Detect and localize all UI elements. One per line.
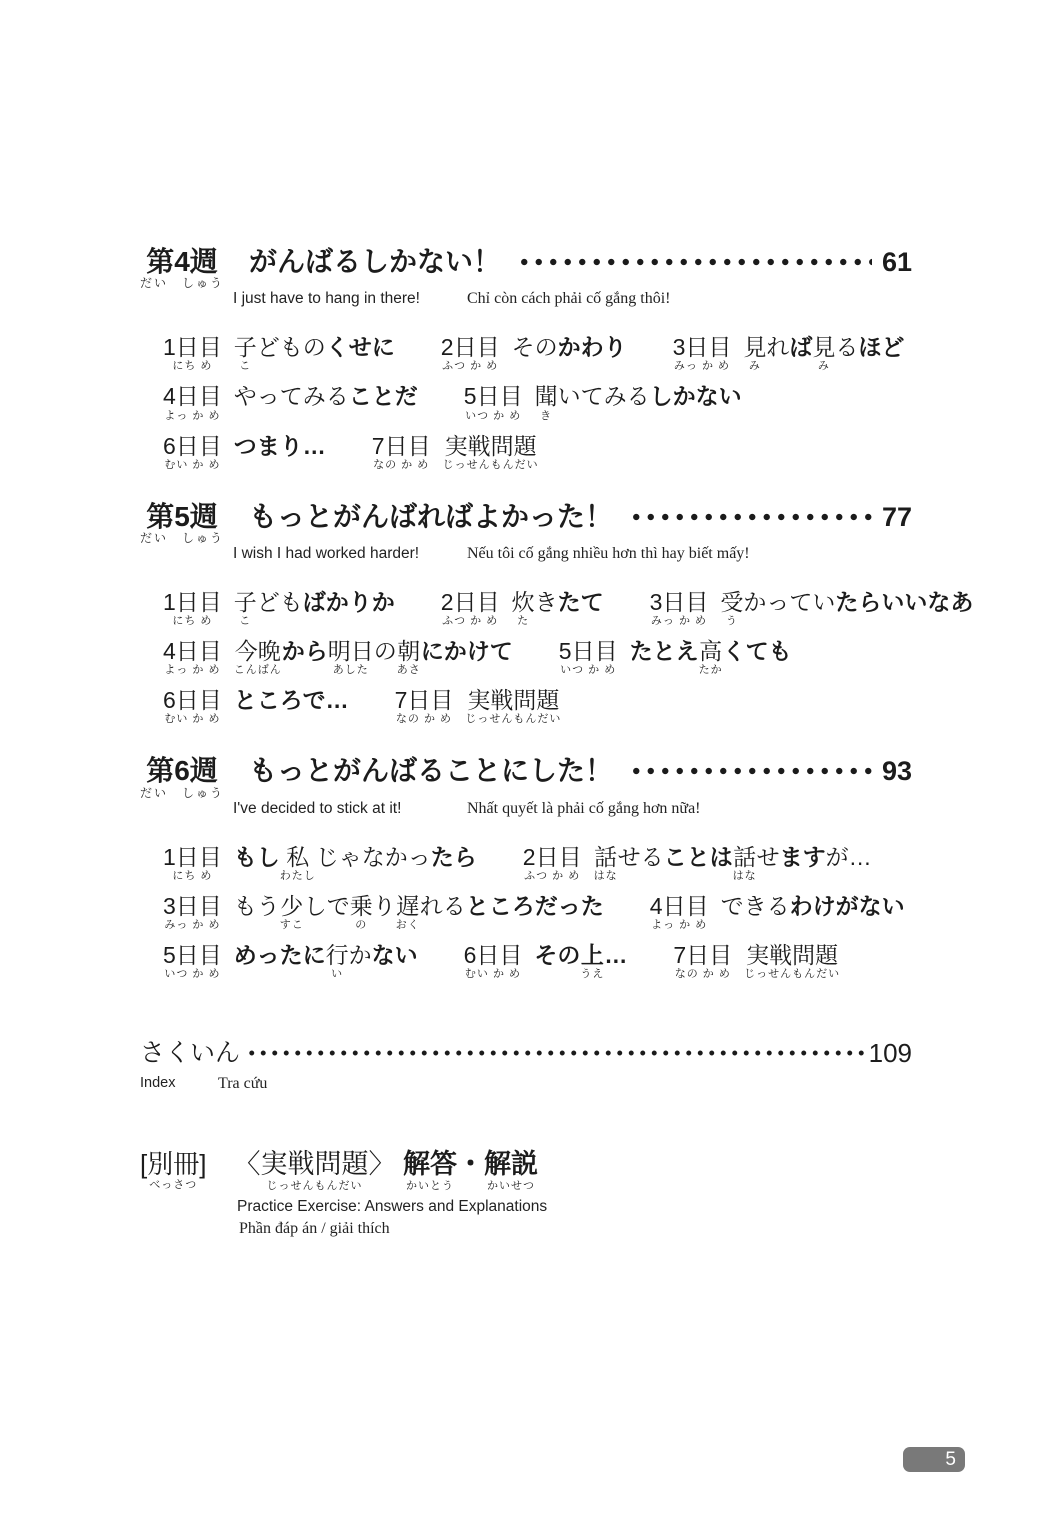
week-translations: I just have to hang in there!Chỉ còn các… xyxy=(233,290,912,308)
furigana: たか xyxy=(699,665,723,678)
base-text: どもの xyxy=(257,334,326,361)
base-text: 4日目 xyxy=(650,893,709,920)
furigana: だい しゅう xyxy=(140,787,224,800)
week-heading-row: 第6週だい しゅうもっとがんばることにした！93 xyxy=(140,755,912,799)
text-with-ruby: の xyxy=(374,638,397,665)
furigana: なの か め xyxy=(396,714,452,727)
text-with-ruby: 見み xyxy=(812,334,835,374)
grammar-point-text: ほど xyxy=(858,334,904,361)
base-text: やってみる xyxy=(234,383,349,410)
dot-leader xyxy=(244,1038,865,1068)
grammar-point-text: ない xyxy=(372,942,418,969)
base-text: 遅 xyxy=(396,893,419,920)
text-with-ruby: くても xyxy=(723,638,792,665)
appendix-entry: [別冊]べっさつ 〈実戦問題〉じっせんもんだい 解答かいとう・解説かいせつ Pr… xyxy=(140,1149,912,1238)
furigana: う xyxy=(726,616,738,629)
day-label: 2日目ふつ か め xyxy=(441,589,500,629)
grammar-point-text: しかない xyxy=(650,383,742,410)
text-with-ruby: ます xyxy=(780,844,826,871)
text-with-ruby: 明日あした xyxy=(328,638,374,678)
day-item: 3日目みっ か め見みれば見みるほど xyxy=(673,334,905,374)
text-with-ruby: 私わたし xyxy=(280,844,316,884)
week-heading-row: 第4週だい しゅうがんばるしかない！61 xyxy=(140,246,912,290)
text-with-ruby: ことだ xyxy=(349,383,418,410)
furigana: みっ か め xyxy=(674,361,730,374)
text-with-ruby: やってみる xyxy=(234,383,349,410)
index-translations: Index Tra cứu xyxy=(140,1075,912,1093)
day-label: 1日目にち め xyxy=(163,844,222,884)
furigana: ふつ か め xyxy=(524,871,580,884)
day-item: 5日目いつ か めたとえ高たかくても xyxy=(559,638,792,678)
furigana: た xyxy=(517,616,529,629)
base-text: れる xyxy=(420,893,466,920)
text-with-ruby: せ xyxy=(757,844,780,871)
text-with-ruby: れ xyxy=(766,334,789,361)
text-with-ruby: 乗の xyxy=(350,893,373,933)
text-with-ruby: じゃなかっ xyxy=(316,844,431,871)
base-text: 第6週 xyxy=(146,755,218,786)
grammar-point-text: ことは xyxy=(664,844,733,871)
text-with-ruby: もし xyxy=(234,844,280,871)
furigana: いつ か め xyxy=(465,411,521,424)
grammar-point-text: から xyxy=(282,638,328,665)
week-title: がんばるしかない！ xyxy=(249,246,501,277)
grammar-point-text: くても xyxy=(723,638,792,665)
day-rows: 1日目にち め子こどもばかりか2日目ふつ か め炊たきたて3日目みっ か め受う… xyxy=(163,589,912,727)
appendix-translation-vi: Phần đáp án / giải thích xyxy=(239,1220,912,1238)
text-with-ruby: 受う xyxy=(720,589,743,629)
text-with-ruby: 上うえ xyxy=(580,942,604,982)
base-text: 少 xyxy=(280,893,303,920)
text-with-ruby: ば xyxy=(789,334,812,361)
grammar-point-text: その xyxy=(534,942,580,969)
day-label: 7日目なの か め xyxy=(372,433,431,473)
text-with-ruby: もう xyxy=(234,893,280,920)
day-item: 4日目よっ か め今晩こんばんから明日あしたの朝あさにかけて xyxy=(163,638,513,678)
base-text: もう xyxy=(234,893,280,920)
day-label: 3日目みっ か め xyxy=(650,589,709,629)
dot-leader xyxy=(625,755,872,787)
text-with-ruby: ほど xyxy=(858,334,904,361)
text-with-ruby: 見み xyxy=(743,334,766,374)
base-text: 〈実戦問題〉 xyxy=(233,1149,395,1181)
text-with-ruby: ところで… xyxy=(234,687,349,714)
grammar-point-text: わけがない xyxy=(790,893,905,920)
grammar-point-text: ところで… xyxy=(234,687,349,714)
base-text: 5日目 xyxy=(163,942,222,969)
furigana: じっせんもんだい xyxy=(465,714,561,727)
grammar-point-text: にかけて xyxy=(421,638,513,665)
day-row: 5日目いつ か めめったに行いかない6日目むい か めその上うえ…7日目なの か… xyxy=(163,942,912,982)
base-text: 5日目 xyxy=(464,383,523,410)
day-row: 6日目むい か めところで…7日目なの か め実戦問題じっせんもんだい xyxy=(163,687,912,727)
text-with-ruby: 少すこ xyxy=(280,893,304,933)
appendix-volume-label-text: [別冊]べっさつ xyxy=(140,1149,206,1193)
base-text: せ xyxy=(757,844,780,871)
week-translation-vi: Nếu tôi cố gắng nhiều hơn thì hay biết m… xyxy=(467,545,750,563)
text-with-ruby: 実戦問題じっせんもんだい xyxy=(443,433,539,473)
page-number-tab: 5 xyxy=(903,1447,965,1472)
day-item: 2日目ふつ か めそのかわり xyxy=(441,334,627,374)
text-with-ruby: せる xyxy=(618,844,664,871)
base-text: 私 xyxy=(286,844,309,871)
text-with-ruby: 実戦問題じっせんもんだい xyxy=(744,942,840,982)
day-item: 1日目にち め子こどもばかりか xyxy=(163,589,395,629)
furigana: かいせつ xyxy=(487,1181,535,1194)
week-heading-row: 第5週だい しゅうもっとがんばればよかった！77 xyxy=(140,501,912,545)
base-text: 朝 xyxy=(397,638,420,665)
day-item: 4日目よっ か めできるわけがない xyxy=(650,893,905,933)
furigana: わたし xyxy=(280,871,316,884)
week-label: 第4週だい しゅう xyxy=(140,246,224,290)
index-entry: さくいん 109 Index Tra cứu xyxy=(140,1038,912,1093)
day-label: 6日目むい か め xyxy=(163,687,222,727)
text-with-ruby: 今晩こんばん xyxy=(234,638,282,678)
appendix-title: 〈実戦問題〉じっせんもんだい 解答かいとう・解説かいせつ xyxy=(233,1149,538,1194)
base-text: 3日目 xyxy=(163,893,222,920)
text-with-ruby: めったに xyxy=(234,942,326,969)
text-with-ruby: 子こ xyxy=(234,589,257,629)
base-text: 聞 xyxy=(535,383,558,410)
dot-leader xyxy=(625,501,872,533)
text-with-ruby: できる xyxy=(721,893,790,920)
text-with-ruby xyxy=(395,1149,403,1181)
base-text: 行 xyxy=(326,942,349,969)
text-with-ruby: その xyxy=(534,942,580,969)
day-label: 7日目なの か め xyxy=(395,687,454,727)
grammar-point-text: ば xyxy=(789,334,812,361)
week-translation-vi: Nhất quyết là phải cố gắng hơn nữa! xyxy=(467,800,701,818)
base-text: 乗 xyxy=(350,893,373,920)
furigana: だい しゅう xyxy=(140,277,224,290)
base-text: 7日目 xyxy=(372,433,431,460)
furigana: じっせんもんだい xyxy=(443,460,539,473)
base-text: じゃなかっ xyxy=(316,844,431,871)
text-with-ruby: いてみる xyxy=(558,383,650,410)
index-entry-row: さくいん 109 xyxy=(140,1038,912,1069)
furigana: こ xyxy=(239,361,251,374)
day-row: 1日目にち め子こどもばかりか2日目ふつ か め炊たきたて3日目みっ か め受う… xyxy=(163,589,912,629)
furigana: みっ か め xyxy=(164,920,220,933)
base-text: か xyxy=(349,942,372,969)
toc-page-content: 第4週だい しゅうがんばるしかない！61I just have to hang … xyxy=(140,246,912,1238)
week-label: 第5週だい しゅう xyxy=(140,501,224,545)
grammar-point-text: ところだった xyxy=(466,893,604,920)
week-translation-en: I wish I had worked harder! xyxy=(233,545,467,563)
text-with-ruby: れる xyxy=(420,893,466,920)
base-text: 今晩 xyxy=(235,638,281,665)
index-page-number: 109 xyxy=(869,1038,912,1069)
base-text: 7日目 xyxy=(673,942,732,969)
furigana: にち め xyxy=(172,871,212,884)
base-text: 6日目 xyxy=(464,942,523,969)
week-title: もっとがんばればよかった！ xyxy=(249,501,613,532)
text-with-ruby: ところだった xyxy=(466,893,604,920)
text-with-ruby: 解説かいせつ xyxy=(484,1149,538,1194)
appendix-title-row: [別冊]べっさつ 〈実戦問題〉じっせんもんだい 解答かいとう・解説かいせつ xyxy=(140,1149,912,1194)
week-page-number: 93 xyxy=(882,755,912,787)
grammar-point-text: つまり… xyxy=(234,433,326,460)
base-text xyxy=(395,1149,403,1181)
dot-leader xyxy=(513,246,872,278)
furigana: はな xyxy=(733,871,757,884)
grammar-point-text: くせに xyxy=(326,334,395,361)
furigana: こ xyxy=(239,616,251,629)
furigana: いつ か め xyxy=(560,665,616,678)
day-item: 2日目ふつ か め話はなせることは話はなせますが… xyxy=(523,844,872,884)
day-rows: 1日目にち めもし私わたしじゃなかったら2日目ふつ か め話はなせることは話はな… xyxy=(163,844,912,982)
furigana: いつ か め xyxy=(164,969,220,982)
furigana: うえ xyxy=(580,969,604,982)
text-with-ruby: 高たか xyxy=(699,638,723,678)
base-text: 第5週 xyxy=(146,501,218,532)
base-text: 実戦問題 xyxy=(746,942,838,969)
day-label: 7日目なの か め xyxy=(673,942,732,982)
text-with-ruby: たとえ xyxy=(630,638,699,665)
week-section-5: 第5週だい しゅうもっとがんばればよかった！77I wish I had wor… xyxy=(140,501,912,728)
week-translation-vi: Chỉ còn cách phải cố gắng thôi! xyxy=(467,290,671,308)
week-translations: I've decided to stick at it!Nhất quyết l… xyxy=(233,800,912,818)
grammar-point-text: 解答 xyxy=(403,1149,457,1181)
week-page-number: 77 xyxy=(882,501,912,533)
base-text: 2日目 xyxy=(523,844,582,871)
furigana: み xyxy=(749,361,761,374)
day-item: 2日目ふつ か め炊たきたて xyxy=(441,589,604,629)
grammar-point-text: たとえ xyxy=(630,638,699,665)
furigana: だい しゅう xyxy=(140,532,224,545)
day-item: 5日目いつ か め聞きいてみるしかない xyxy=(464,383,742,423)
text-with-ruby: る xyxy=(835,334,858,361)
base-text: [別冊] xyxy=(140,1149,206,1180)
day-label: 1日目にち め xyxy=(163,334,222,374)
grammar-point-text: … xyxy=(604,942,627,969)
index-translation-vi: Tra cứu xyxy=(218,1075,267,1093)
furigana: おく xyxy=(396,920,420,933)
text-with-ruby: かってい xyxy=(743,589,835,616)
text-with-ruby: き xyxy=(535,589,558,616)
day-row: 4日目よっ か め今晩こんばんから明日あしたの朝あさにかけて5日目いつ か めた… xyxy=(163,638,912,678)
day-label: 3日目みっ か め xyxy=(163,893,222,933)
furigana: じっせんもんだい xyxy=(266,1181,362,1194)
base-text: 4日目 xyxy=(163,383,222,410)
grammar-point-text: ・ xyxy=(457,1149,484,1181)
base-text: ども xyxy=(257,589,303,616)
grammar-point-text: ます xyxy=(780,844,826,871)
base-text: 1日目 xyxy=(163,589,222,616)
text-with-ruby: 聞き xyxy=(535,383,558,423)
text-with-ruby: しかない xyxy=(650,383,742,410)
text-with-ruby: にかけて xyxy=(421,638,513,665)
text-with-ruby: 話はな xyxy=(733,844,757,884)
day-row: 4日目よっ か めやってみることだ5日目いつ か め聞きいてみるしかない xyxy=(163,383,912,423)
text-with-ruby: 話はな xyxy=(594,844,618,884)
text-with-ruby: ない xyxy=(372,942,418,969)
base-text: 子 xyxy=(234,589,257,616)
furigana: み xyxy=(818,361,830,374)
day-label: 1日目にち め xyxy=(163,589,222,629)
day-label: 5日目いつ か め xyxy=(464,383,523,423)
day-item: 1日目にち め子こどものくせに xyxy=(163,334,395,374)
furigana: はな xyxy=(594,871,618,884)
base-text: 5日目 xyxy=(559,638,618,665)
text-with-ruby: ばかりか xyxy=(303,589,395,616)
day-item: 6日目むい か めところで… xyxy=(163,687,349,727)
text-with-ruby: 子こ xyxy=(234,334,257,374)
base-text: せる xyxy=(618,844,664,871)
day-item: 7日目なの か め実戦問題じっせんもんだい xyxy=(372,433,539,473)
text-with-ruby: ・ xyxy=(457,1149,484,1181)
day-item: 6日目むい か めその上うえ… xyxy=(464,942,628,982)
base-text: れ xyxy=(766,334,789,361)
grammar-point-text: ことだ xyxy=(349,383,418,410)
base-text: 話 xyxy=(733,844,756,871)
furigana: い xyxy=(331,969,343,982)
week-translation-en: I've decided to stick at it! xyxy=(233,800,467,818)
day-label: 5日目いつ か め xyxy=(559,638,618,678)
grammar-point-text: たら xyxy=(431,844,477,871)
furigana: き xyxy=(540,411,552,424)
text-with-ruby: 行い xyxy=(326,942,349,982)
text-with-ruby: つまり… xyxy=(234,433,326,460)
week-label: 第6週だい しゅう xyxy=(140,755,224,799)
furigana: よっ か め xyxy=(651,920,707,933)
day-label: 6日目むい か め xyxy=(163,433,222,473)
grammar-point-text: もし xyxy=(234,844,280,871)
base-text: しで xyxy=(304,893,350,920)
day-label: 4日目よっ か め xyxy=(163,638,222,678)
base-text: 実戦問題 xyxy=(445,433,537,460)
index-title: さくいん xyxy=(140,1038,240,1068)
day-item: 5日目いつ か めめったに行いかない xyxy=(163,942,418,982)
day-label: 2日目ふつ か め xyxy=(523,844,582,884)
text-with-ruby: ことは xyxy=(664,844,733,871)
grammar-point-text: 解説 xyxy=(484,1149,538,1181)
furigana: ふつ か め xyxy=(442,616,498,629)
text-with-ruby: 遅おく xyxy=(396,893,420,933)
text-with-ruby: わけがない xyxy=(790,893,905,920)
week-section-4: 第4週だい しゅうがんばるしかない！61I just have to hang … xyxy=(140,246,912,473)
base-text: 3日目 xyxy=(673,334,732,361)
base-text: その xyxy=(512,334,558,361)
furigana: の xyxy=(355,920,367,933)
text-with-ruby: どもの xyxy=(257,334,326,361)
day-label: 4日目よっ か め xyxy=(163,383,222,423)
text-with-ruby: が… xyxy=(826,844,872,871)
base-text: 明日 xyxy=(328,638,374,665)
day-row: 6日目むい か めつまり…7日目なの か め実戦問題じっせんもんだい xyxy=(163,433,912,473)
text-with-ruby: かわり xyxy=(558,334,627,361)
base-text: 受 xyxy=(720,589,743,616)
base-text: 子 xyxy=(234,334,257,361)
week-page-number: 61 xyxy=(882,246,912,278)
base-text: き xyxy=(535,589,558,616)
base-text: 4日目 xyxy=(163,638,222,665)
week-title: もっとがんばることにした！ xyxy=(249,755,613,786)
furigana: にち め xyxy=(172,616,212,629)
base-text: 1日目 xyxy=(163,844,222,871)
base-text: 第4週 xyxy=(146,246,218,277)
grammar-point-text: 上 xyxy=(581,942,604,969)
index-translation-en: Index xyxy=(140,1075,205,1093)
text-with-ruby: たて xyxy=(558,589,604,616)
text-with-ruby: しで xyxy=(304,893,350,920)
furigana: にち め xyxy=(172,361,212,374)
text-with-ruby: 朝あさ xyxy=(397,638,421,678)
base-text: の xyxy=(374,638,397,665)
day-item: 3日目みっ か め受うかっていたらいいなあ xyxy=(650,589,974,629)
day-item: 7日目なの か め実戦問題じっせんもんだい xyxy=(395,687,562,727)
furigana: かいとう xyxy=(406,1181,454,1194)
base-text: 炊 xyxy=(512,589,535,616)
text-with-ruby: 炊た xyxy=(512,589,535,629)
grammar-point-text: たらいいなあ xyxy=(835,589,973,616)
base-text: 3日目 xyxy=(650,589,709,616)
furigana: あした xyxy=(333,665,369,678)
furigana: あさ xyxy=(397,665,421,678)
day-row: 1日目にち め子こどものくせに2日目ふつ か めそのかわり3日目みっ か め見み… xyxy=(163,334,912,374)
furigana: じっせんもんだい xyxy=(744,969,840,982)
base-text: 見 xyxy=(743,334,766,361)
grammar-point-text: かわり xyxy=(558,334,627,361)
text-with-ruby: くせに xyxy=(326,334,395,361)
day-item: 4日目よっ か めやってみることだ xyxy=(163,383,418,423)
base-text: 話 xyxy=(594,844,617,871)
text-with-ruby: たら xyxy=(431,844,477,871)
toc-sections: 第4週だい しゅうがんばるしかない！61I just have to hang … xyxy=(140,246,912,982)
base-text: 高 xyxy=(699,638,722,665)
base-text: 1日目 xyxy=(163,334,222,361)
base-text: かってい xyxy=(743,589,835,616)
furigana: むい か め xyxy=(164,714,220,727)
text-with-ruby: その xyxy=(512,334,558,361)
day-rows: 1日目にち め子こどものくせに2日目ふつ か めそのかわり3日目みっ か め見み… xyxy=(163,334,912,472)
page-number: 5 xyxy=(945,1449,956,1470)
day-row: 1日目にち めもし私わたしじゃなかったら2日目ふつ か め話はなせることは話はな… xyxy=(163,844,912,884)
base-text: り xyxy=(373,893,396,920)
base-text: が… xyxy=(826,844,872,871)
day-label: 6日目むい か め xyxy=(464,942,523,982)
base-text: 実戦問題 xyxy=(467,687,559,714)
base-text: る xyxy=(835,334,858,361)
day-item: 7日目なの か め実戦問題じっせんもんだい xyxy=(673,942,840,982)
day-label: 4日目よっ か め xyxy=(650,893,709,933)
furigana: こんばん xyxy=(234,665,282,678)
text-with-ruby: … xyxy=(604,942,627,969)
base-text: 7日目 xyxy=(395,687,454,714)
text-with-ruby: ども xyxy=(257,589,303,616)
week-section-6: 第6週だい しゅうもっとがんばることにした！93I've decided to … xyxy=(140,755,912,982)
furigana: ふつ か め xyxy=(442,361,498,374)
text-with-ruby: 解答かいとう xyxy=(403,1149,457,1194)
day-label: 5日目いつ か め xyxy=(163,942,222,982)
base-text: 6日目 xyxy=(163,433,222,460)
furigana: よっ か め xyxy=(164,665,220,678)
text-with-ruby: 〈実戦問題〉じっせんもんだい xyxy=(233,1149,395,1194)
furigana: なの か め xyxy=(373,460,429,473)
day-item: 3日目みっ か めもう少すこしで乗のり遅おくれるところだった xyxy=(163,893,604,933)
base-text: 6日目 xyxy=(163,687,222,714)
text-with-ruby: 実戦問題じっせんもんだい xyxy=(465,687,561,727)
furigana: べっさつ xyxy=(149,1180,197,1193)
grammar-point-text: たて xyxy=(558,589,604,616)
furigana: なの か め xyxy=(675,969,731,982)
day-label: 3日目みっ か め xyxy=(673,334,732,374)
grammar-point-text: めったに xyxy=(234,942,326,969)
furigana: むい か め xyxy=(164,460,220,473)
base-text: いてみる xyxy=(558,383,650,410)
base-text: 2日目 xyxy=(441,589,500,616)
furigana: むい か め xyxy=(465,969,521,982)
